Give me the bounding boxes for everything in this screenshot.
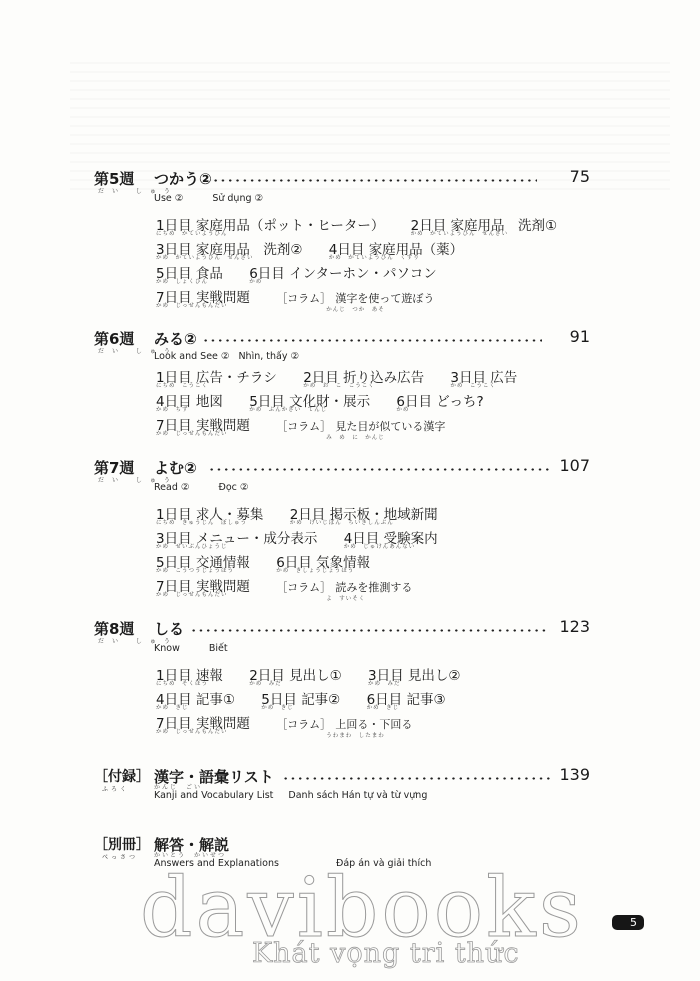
subtitle-english: Kanji and Vocabulary List — [154, 790, 273, 801]
day-entry[interactable]: 4日目 受験案内かめ じゅけんあんない — [344, 527, 438, 547]
day-entry[interactable]: 3日目 家庭用品 洗剤②かめ かていようひん せんざい — [156, 238, 303, 258]
day-entry[interactable]: 3日目 見出し②かめ みだ — [368, 664, 461, 684]
day-line: 1日目 広告・チラシにちめ こうこく 2日目 折り込み広告かめ お こ こうこく… — [156, 366, 539, 390]
dot-leader — [190, 629, 550, 632]
day-line: 4日目 記事①かめ きじ 5日目 記事②かめ きじ 6日目 記事③かめ きじ — [156, 688, 468, 712]
column-entry[interactable]: ［コラム］ 上回る・下回るうわまわ したまわ — [276, 716, 412, 732]
day-entry[interactable]: 4日目 家庭用品（薬）かめ かていようひん くすり — [329, 238, 463, 258]
appendix-label: ［付録］ — [94, 766, 150, 786]
watermark-slogan: Khát vọng tri thức — [252, 938, 520, 969]
week-heading[interactable]: 第5週 だい しゅう つかう② 75 — [94, 168, 594, 190]
page-number: 139 — [559, 765, 590, 784]
day-line: 3日目 家庭用品 洗剤②かめ かていようひん せんざい 4日目 家庭用品（薬）か… — [156, 238, 485, 262]
day-entry[interactable]: 5日目 記事②かめ きじ — [261, 688, 340, 708]
day-line: 3日目 メニュー・成分表示かめ せいぶんひょうじ 4日目 受験案内かめ じゅけん… — [156, 527, 460, 551]
toc-week-7: 第7週 だい しゅう よむ② 107 Read ② Đọc ② 1日目 求人・募… — [94, 457, 594, 479]
supplement-label: ［別冊］ — [94, 834, 150, 854]
page-number: 123 — [559, 617, 590, 636]
toc-week-8: 第8週 だい しゅう しる 123 Know Biết 1日目 速報にちめ そく… — [94, 618, 594, 640]
week-title: みる② — [154, 328, 197, 349]
week-subtitle: Look and See ② Nhìn, thấy ② — [154, 351, 325, 362]
week-subtitle: Read ② Đọc ② — [154, 482, 274, 493]
toc-appendix: ［付録］ ふろく 漢字・語彙リスト 139 かんじ ごい Kanji and V… — [94, 766, 594, 788]
day-entry[interactable]: 5日目 交通情報かめ こうつうじょうほう — [156, 551, 250, 571]
page-number: 91 — [570, 327, 590, 346]
day-entry[interactable]: 2日目 見出し①かめ みだ — [249, 664, 342, 684]
day-entry[interactable]: 7日目 実戦問題かめ じっせんもんだい — [156, 286, 250, 306]
subtitle-vietnamese: Biết — [209, 643, 228, 654]
day-entry[interactable]: 7日目 実戦問題かめ じっせんもんだい — [156, 712, 250, 732]
day-entry[interactable]: 6日目 どっち?かめ — [396, 390, 483, 410]
week-subtitle: Know Biết — [154, 643, 254, 654]
day-line: 1日目 速報にちめ そくほう 2日目 見出し①かめ みだ 3日目 見出し②かめ … — [156, 664, 482, 688]
day-entry[interactable]: 1日目 家庭用品（ポット・ヒーター）にちめ かていようひん — [156, 214, 384, 234]
day-line: 5日目 食品かめ しょくひん 6日目 インターホン・パソコンかめ — [156, 262, 459, 286]
week-heading[interactable]: 第8週 だい しゅう しる 123 — [94, 618, 594, 640]
appendix-subtitle: Kanji and Vocabulary List Danh sách Hán … — [154, 790, 453, 801]
appendix-label-ruby: ふろく — [102, 784, 129, 793]
supplement-label-ruby: べっさつ — [102, 852, 138, 861]
column-entry[interactable]: ［コラム］ 読みを推測するよ すいそく — [276, 579, 412, 595]
day-entry[interactable]: 5日目 食品かめ しょくひん — [156, 262, 223, 282]
week-heading[interactable]: 第7週 だい しゅう よむ② 107 — [94, 457, 594, 479]
page-number: 107 — [559, 456, 590, 475]
toc-week-6: 第6週 だい しゅう みる② 91 Look and See ② Nhìn, t… — [94, 328, 594, 350]
day-line: 5日目 交通情報かめ こうつうじょうほう 6日目 気象情報かめ きしょうじょうほ… — [156, 551, 392, 575]
day-line: 1日目 家庭用品（ポット・ヒーター）にちめ かていようひん 2日目 家庭用品 洗… — [156, 214, 579, 238]
week-subtitle: Use ② Sử dụng ② — [154, 193, 289, 204]
dot-leader — [208, 468, 550, 471]
week-title: よむ② — [154, 457, 197, 478]
subtitle-vietnamese: Sử dụng ② — [212, 193, 263, 204]
subtitle-vietnamese: Đọc ② — [218, 482, 248, 493]
day-entry[interactable]: 6日目 インターホン・パソコンかめ — [249, 262, 437, 282]
day-entry[interactable]: 5日目 文化財・展示かめ ぶんかざい てんじ — [249, 390, 370, 410]
day-entry[interactable]: 1日目 広告・チラシにちめ こうこく — [156, 366, 277, 386]
column-entry[interactable]: ［コラム］ 漢字を使って遊ぼうかんじ つか あそ — [276, 290, 434, 306]
week-title: しる — [154, 618, 184, 639]
day-line: 1日目 求人・募集にちめ きゅうじん ぼしゅう 2日目 掲示板・地域新聞かめ け… — [156, 503, 460, 527]
toc-supplement: ［別冊］ べっさつ 解答・解説 かいとう かいせつ Answers and Ex… — [94, 834, 594, 856]
page-number: 75 — [570, 167, 590, 186]
day-entry[interactable]: 3日目 メニュー・成分表示かめ せいぶんひょうじ — [156, 527, 317, 547]
day-entry[interactable]: 4日目 地図かめ ちず — [156, 390, 223, 410]
page-number-badge: 5 — [612, 915, 644, 930]
subtitle-english: Look and See ② — [154, 351, 229, 362]
day-entry[interactable]: 2日目 掲示板・地域新聞かめ けいじばん ちいきしんぶん — [290, 503, 438, 523]
dot-leader — [282, 777, 550, 780]
day-entry[interactable]: 1日目 求人・募集にちめ きゅうじん ぼしゅう — [156, 503, 263, 523]
day-entry[interactable]: 3日目 広告かめ こうこく — [450, 366, 517, 386]
toc-week-5: 第5週 だい しゅう つかう② 75 Use ② Sử dụng ② 1日目 家… — [94, 168, 594, 190]
dot-leader — [212, 179, 537, 182]
day-line: 7日目 実戦問題かめ じっせんもんだい ［コラム］ 漢字を使って遊ぼうかんじ つ… — [156, 286, 456, 310]
subtitle-vietnamese: Danh sách Hán tự và từ vựng — [288, 790, 427, 801]
subtitle-english: Read ② — [154, 482, 189, 493]
day-line: 7日目 実戦問題かめ じっせんもんだい ［コラム］ 読みを推測するよ すいそく — [156, 575, 434, 599]
column-entry[interactable]: ［コラム］ 見た目が似ている漢字み め に かんじ — [276, 418, 445, 434]
subtitle-english: Know — [154, 643, 180, 654]
day-entry[interactable]: 2日目 折り込み広告かめ お こ こうこく — [303, 366, 424, 386]
day-entry[interactable]: 4日目 記事①かめ きじ — [156, 688, 235, 708]
day-entry[interactable]: 2日目 家庭用品 洗剤①かめ かていようひん せんざい — [411, 214, 558, 234]
subtitle-english: Use ② — [154, 193, 183, 204]
day-line: 7日目 実戦問題かめ じっせんもんだい ［コラム］ 上回る・下回るうわまわ した… — [156, 712, 434, 736]
day-entry[interactable]: 7日目 実戦問題かめ じっせんもんだい — [156, 414, 250, 434]
day-line: 4日目 地図かめ ちず 5日目 文化財・展示かめ ぶんかざい てんじ 6日目 ど… — [156, 390, 506, 414]
day-line: 7日目 実戦問題かめ じっせんもんだい ［コラム］ 見た目が似ている漢字み め … — [156, 414, 467, 438]
subtitle-vietnamese: Nhìn, thấy ② — [238, 351, 299, 362]
day-entry[interactable]: 6日目 気象情報かめ きしょうじょうほう — [276, 551, 370, 571]
week-heading[interactable]: 第6週 だい しゅう みる② 91 — [94, 328, 594, 350]
dot-leader — [202, 339, 542, 342]
day-entry[interactable]: 1日目 速報にちめ そくほう — [156, 664, 223, 684]
day-entry[interactable]: 7日目 実戦問題かめ じっせんもんだい — [156, 575, 250, 595]
day-entry[interactable]: 6日目 記事③かめ きじ — [367, 688, 446, 708]
week-title: つかう② — [154, 168, 212, 189]
